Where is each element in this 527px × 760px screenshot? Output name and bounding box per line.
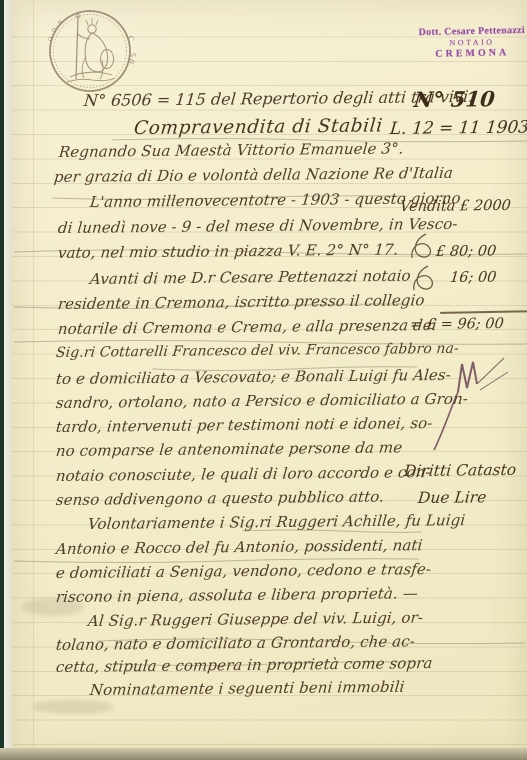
svg-text:C. 50.: C. 50. xyxy=(40,0,153,67)
registration-note: L. 12 = 11 1903 xyxy=(389,118,527,139)
svg-text:O·D·B: O·D·B xyxy=(45,18,68,43)
handwritten-line: Nominatamente i seguenti beni immobili xyxy=(89,678,405,699)
document-title: Compravendita di Stabili xyxy=(133,115,384,139)
paper: C. 50. O·D·B Dott. Cesare Pettenazzi NOT… xyxy=(12,0,527,760)
handwritten-line: vato, nel mio studio in piazza V. E. 2° … xyxy=(57,240,399,262)
notary-stamp: Dott. Cesare Pettenazzi NOTAIO CREMONA xyxy=(410,25,527,61)
act-number: N° 510 xyxy=(413,86,496,112)
fee-flourish-icon xyxy=(404,232,444,302)
handwritten-line: Regnando Sua Maestà Vittorio Emanuele 3°… xyxy=(58,139,404,161)
handwritten-line: residente in Cremona, iscritto presso il… xyxy=(57,291,425,313)
margin-note-vendita: Vendita £ 2000 xyxy=(399,198,511,215)
ink-showthrough xyxy=(32,700,114,714)
scan-edge-light xyxy=(4,0,12,760)
margin-note-duelire: Due Lire xyxy=(417,488,487,507)
handwritten-line: Al Sig.r Ruggeri Giuseppe del viv. Luigi… xyxy=(87,608,424,630)
handwritten-line: no comparse le antenominate persone da m… xyxy=(55,438,403,460)
handwritten-line: Avanti di me D.r Cesare Pettenazzi notai… xyxy=(89,267,411,288)
fee-amount-1: £ 80; 00 xyxy=(435,243,497,260)
handwritten-line: senso addivengono a questo pubblico atto… xyxy=(55,488,385,509)
handwritten-line: Antonio e Rocco del fu Antonio, possiden… xyxy=(55,536,423,558)
handwritten-line: riscono in piena, assoluta e libera prop… xyxy=(55,584,419,606)
paraph-flourish-icon xyxy=(420,350,510,460)
fee-amount-2: 16; 00 xyxy=(449,270,497,287)
revenue-seal-icon: C. 50. O·D·B xyxy=(40,4,140,98)
margin-note-diritti: Diritti Catasto xyxy=(403,461,517,480)
scan-bottom-edge xyxy=(0,748,527,760)
document-scan: C. 50. O·D·B Dott. Cesare Pettenazzi NOT… xyxy=(0,0,527,760)
handwritten-line: tolano, nato e domiciliato a Grontardo, … xyxy=(55,632,416,654)
fee-total: = £ = 96; 00 xyxy=(409,316,504,333)
